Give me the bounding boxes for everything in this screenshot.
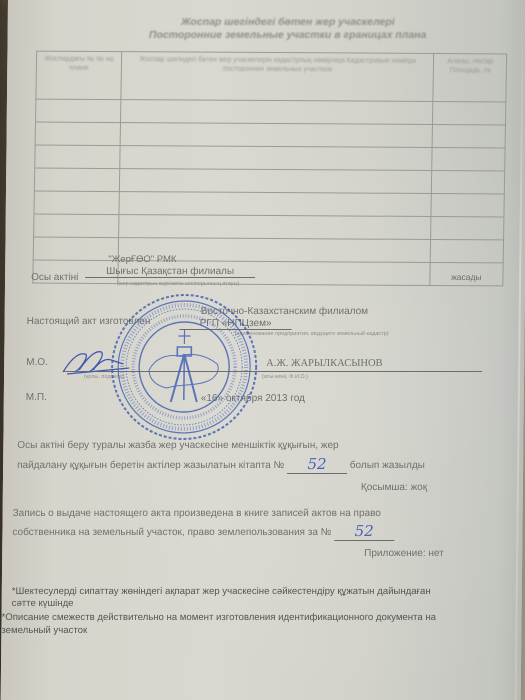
table-cell [433, 124, 506, 147]
table-cell [34, 191, 119, 215]
footnote-ru-line1: *Описание смежеств действительно на моме… [1, 612, 436, 624]
parcels-table: Жоспардағы № № на плане Жоспар шегіндегі… [32, 51, 507, 287]
footnote-kz-line1: *Шектесулерді сипаттау жөніндегі ақпарат… [12, 586, 431, 598]
table-body [33, 99, 506, 286]
table-cell [35, 122, 120, 146]
table-row [34, 214, 504, 240]
header-area: Алаңы, гектар Площадь, га [433, 53, 506, 101]
table-cell [118, 215, 431, 240]
table-cell [119, 169, 432, 194]
record-kz-line2: пайдалану құқығын беретін актілер жазыла… [17, 454, 425, 473]
record-ru-line2: собственника на земельный участок, право… [12, 521, 394, 540]
issuer-kz-org-line1: "ЖерҒӨО" РМК [108, 254, 176, 265]
table-cell [36, 99, 121, 123]
table-cell [120, 123, 433, 148]
table-cell [34, 214, 119, 238]
record-kz-text: пайдалану құқығын беретін актілер жазыла… [17, 460, 284, 471]
table-row [34, 168, 504, 194]
footnote-ru-line2: земельный участок [1, 625, 87, 637]
record-kz-number: 52 [307, 455, 326, 473]
issuer-kz-suffix: жасады [451, 272, 482, 282]
footnote-kz-line2: сәтте күшінде [12, 598, 74, 610]
name-caption: (аты-жөні, Ф.И.О.) [262, 374, 308, 380]
record-kz-number-field: 52 [287, 455, 347, 474]
record-kz-suffix: болып жазылды [350, 460, 425, 471]
table-row [36, 99, 506, 125]
table-row [35, 145, 505, 171]
table-row [33, 237, 503, 263]
issuer-kz-caption: (жер кадастрын жүргізетін кәсіпорынның а… [117, 281, 239, 287]
issuer-kz-org-line2: Шығыс Қазақстан филиалы [85, 266, 255, 278]
table-cell [432, 170, 505, 193]
issuer-kz-label: Осы актіні [31, 272, 78, 283]
table-cell [120, 146, 433, 171]
table-cell [433, 101, 506, 124]
mp-label: М.П. [26, 392, 47, 403]
table-cell [432, 147, 505, 170]
table-row [35, 122, 505, 148]
document-title: Жоспар шегіндегі бөтен жер учаскелері По… [128, 16, 448, 42]
table-cell [120, 100, 433, 125]
record-kz-line1: Осы актіні беру туралы жазба жер учаскес… [17, 440, 338, 451]
header-plan-number: Жоспардағы № № на плане [36, 51, 122, 100]
table-cell [431, 193, 504, 216]
issuer-ru-caption: (наименование предприятия, ведущего земе… [234, 331, 388, 337]
table-header-row: Жоспардағы № № на плане Жоспар шегіндегі… [36, 51, 507, 102]
record-ru-number-field: 52 [334, 522, 394, 541]
signature-icon [59, 342, 139, 382]
record-ru-line1: Запись о выдаче настоящего акта произвед… [13, 508, 381, 519]
table-cell [33, 237, 118, 261]
record-ru-text: собственника на земельный участок, право… [12, 527, 331, 538]
record-kz-attachment: Қосымша: жоқ [361, 482, 427, 493]
table-cell [34, 168, 119, 192]
table-cell [35, 145, 120, 169]
table-cell [431, 239, 504, 262]
record-ru-attachment: Приложение: нет [364, 548, 444, 559]
title-ru: Посторонние земельные участки в границах… [128, 29, 448, 42]
table-cell [431, 216, 504, 239]
document-page: Жоспар шегіндегі бөтен жер учаскелері По… [1, 0, 525, 700]
table-cell [119, 192, 432, 217]
title-kz: Жоспар шегіндегі бөтен жер учаскелері [128, 16, 448, 29]
table-row [34, 191, 504, 217]
signatory-name: А.Ж. ЖАРЫЛКАСЫНОВ [266, 358, 382, 369]
header-cadastral-numbers: Жоспар шегіндегі бөтен жер учаскелерін к… [121, 52, 434, 102]
mo-label: М.О. [26, 357, 48, 368]
record-ru-number: 52 [355, 522, 374, 540]
